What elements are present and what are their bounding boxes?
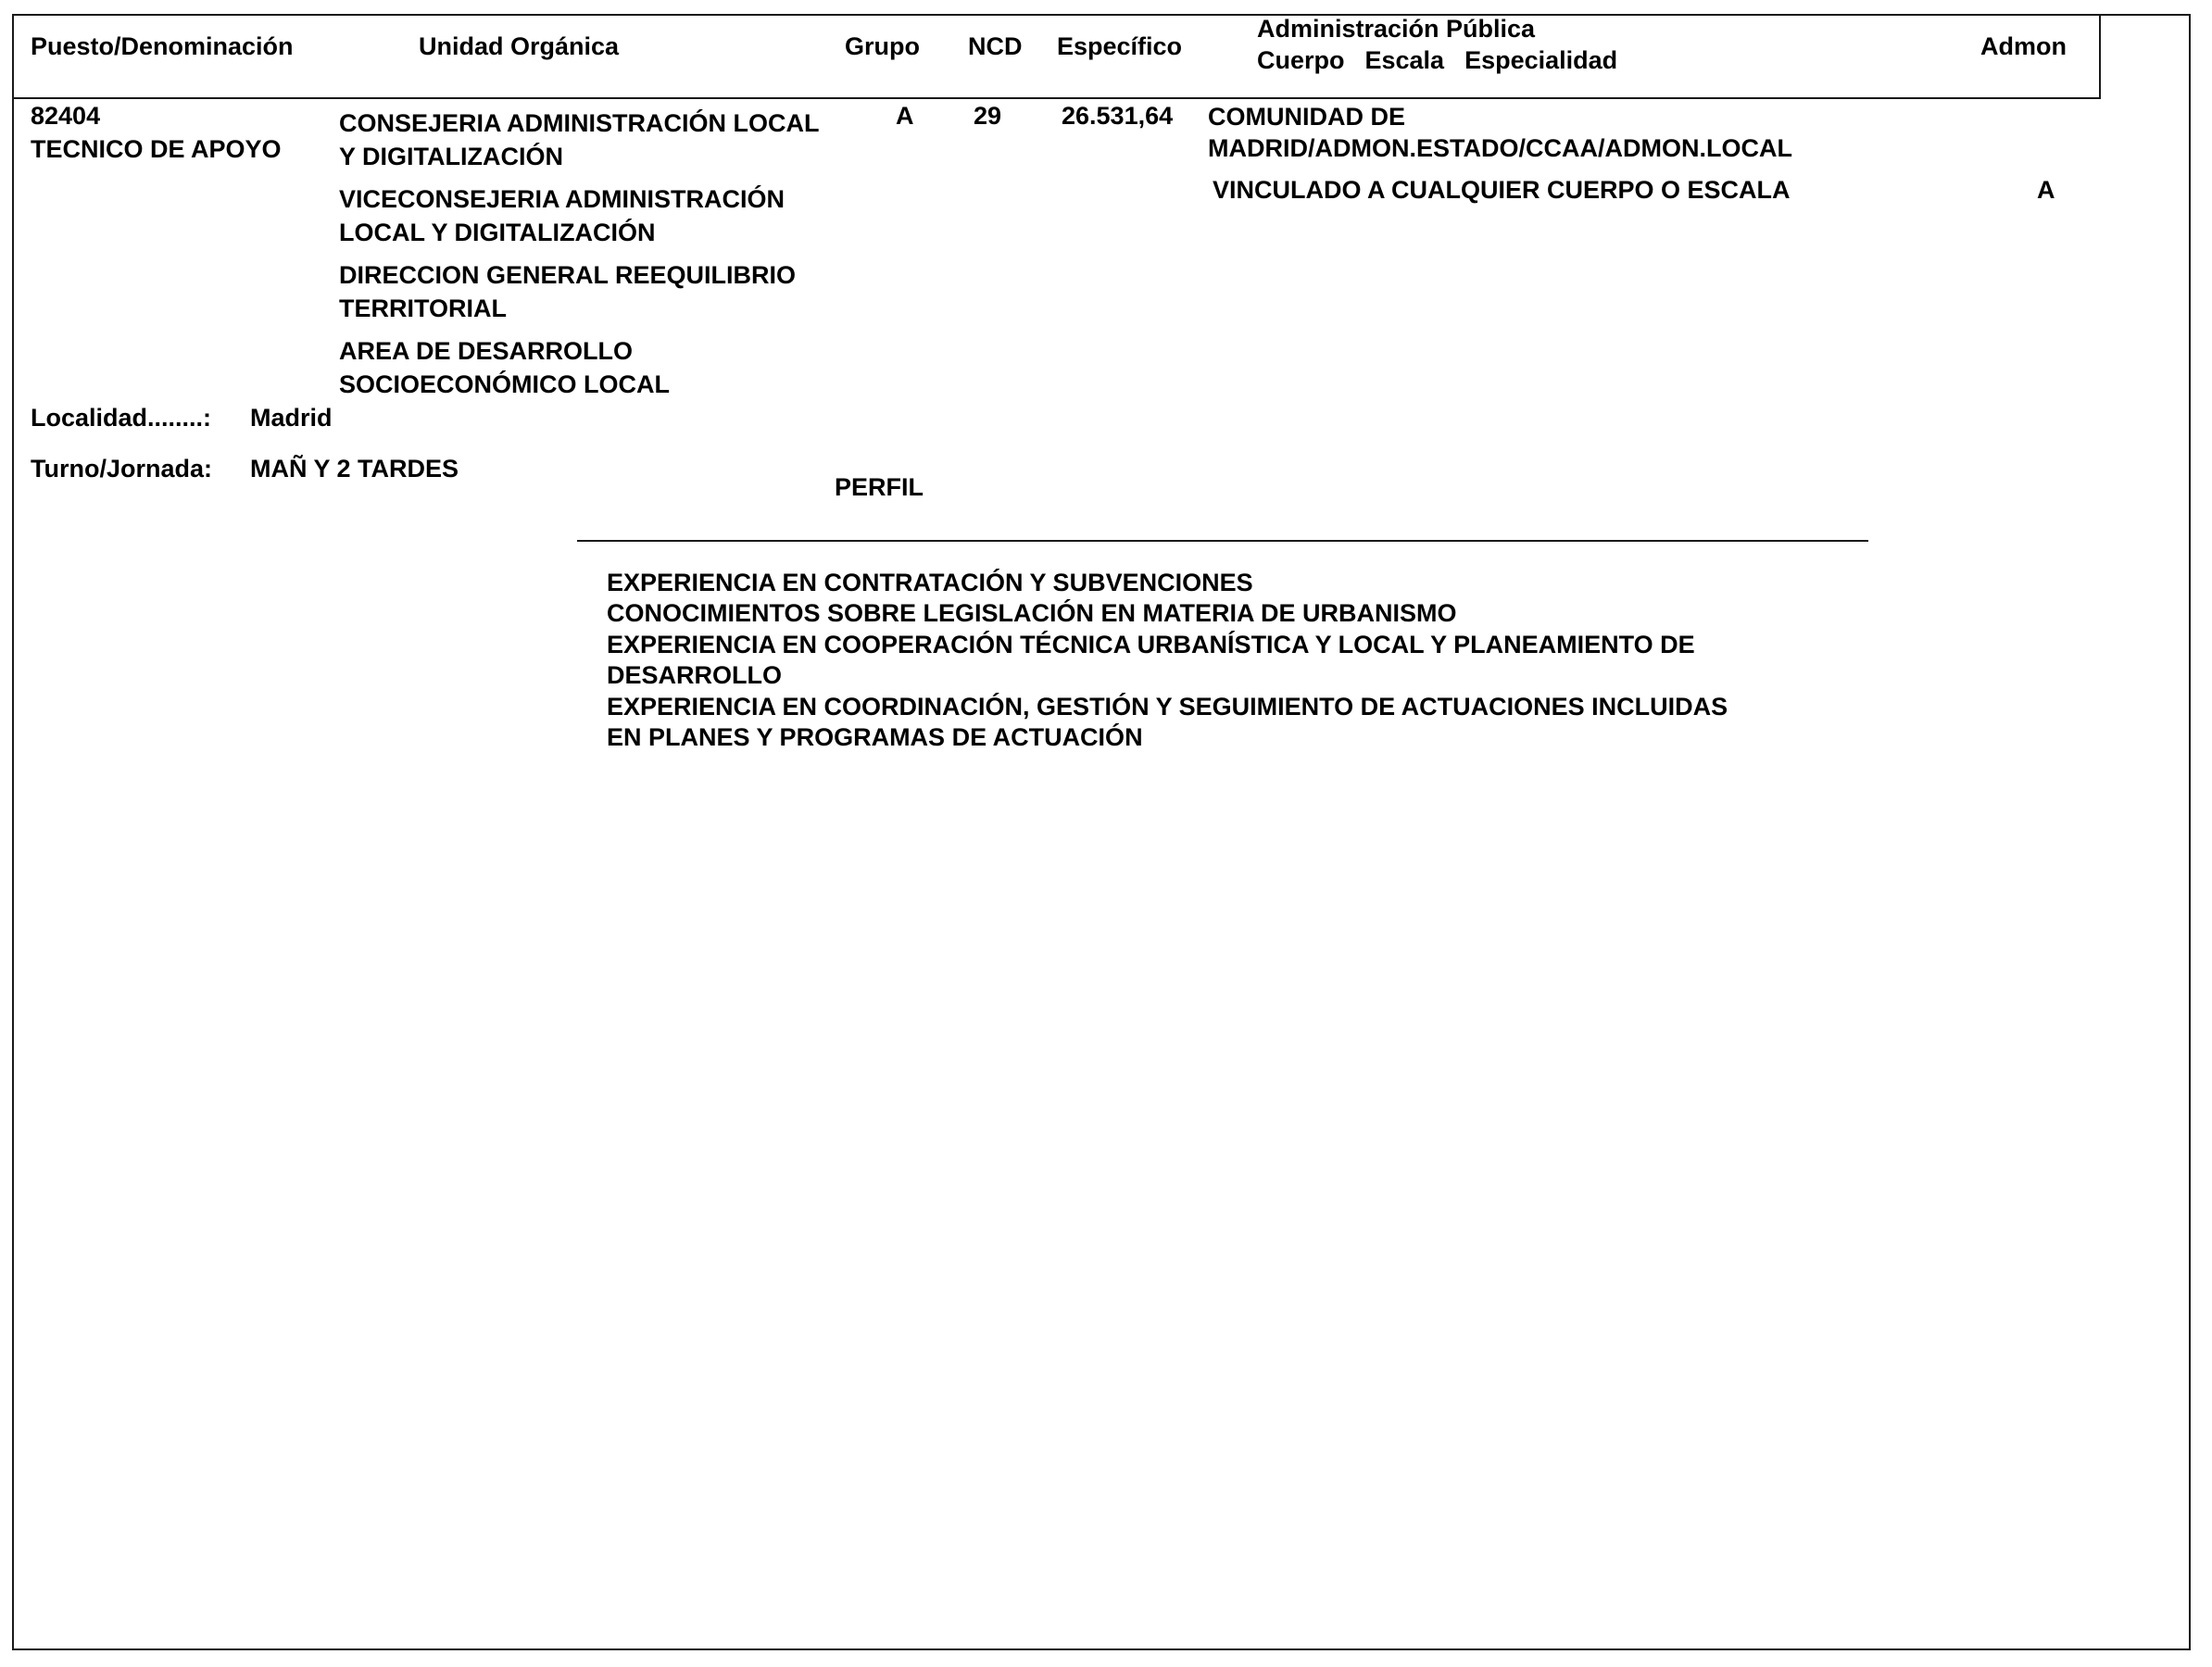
administracion-publica-value: COMUNIDAD DEMADRID/ADMON.ESTADO/CCAA/ADM… xyxy=(1208,101,1792,164)
column-header-administracion-publica: Administración Pública xyxy=(1257,17,1535,42)
unidad-organica-list: CONSEJERIA ADMINISTRACIÓN LOCALY DIGITAL… xyxy=(339,107,820,410)
perfil-requirements-list: EXPERIENCIA EN CONTRATACIÓN Y SUBVENCION… xyxy=(607,568,1728,753)
column-header-grupo: Grupo xyxy=(845,34,920,59)
perfil-requirement-line: DESARROLLO xyxy=(607,660,1728,691)
localidad-value: Madrid xyxy=(250,406,333,431)
localidad-label: Localidad........: xyxy=(31,406,211,431)
unidad-organica-line: DIRECCION GENERAL REEQUILIBRIO xyxy=(339,258,820,292)
puesto-grupo: A xyxy=(896,104,914,129)
column-header-admon: Admon xyxy=(1980,34,2067,59)
cuerpo-escala-value: VINCULADO A CUALQUIER CUERPO O ESCALA xyxy=(1213,178,1791,203)
unidad-organica-line: CONSEJERIA ADMINISTRACIÓN LOCAL xyxy=(339,107,820,140)
puesto-codigo: 82404 xyxy=(31,104,100,129)
unidad-organica-line: LOCAL Y DIGITALIZACIÓN xyxy=(339,216,820,249)
puesto-denominacion: TECNICO DE APOYO xyxy=(31,137,282,162)
puesto-especifico: 26.531,64 xyxy=(1062,104,1173,129)
perfil-requirement-line: EXPERIENCIA EN COOPERACIÓN TÉCNICA URBAN… xyxy=(607,630,1728,660)
unidad-organica-item: AREA DE DESARROLLOSOCIOECONÓMICO LOCAL xyxy=(339,334,820,401)
perfil-requirement-line: CONOCIMIENTOS SOBRE LEGISLACIÓN EN MATER… xyxy=(607,598,1728,629)
unidad-organica-line: TERRITORIAL xyxy=(339,292,820,325)
perfil-divider xyxy=(577,540,1868,542)
column-header-escala: Escala xyxy=(1365,46,1445,74)
unidad-organica-line: SOCIOECONÓMICO LOCAL xyxy=(339,368,820,401)
column-header-unidad-organica: Unidad Orgánica xyxy=(419,34,619,59)
turno-value: MAÑ Y 2 TARDES xyxy=(250,457,459,482)
perfil-title: PERFIL xyxy=(835,475,924,500)
column-subheaders: CuerpoEscalaEspecialidad xyxy=(1257,48,1638,73)
column-header-ncd: NCD xyxy=(968,34,1023,59)
turno-label: Turno/Jornada: xyxy=(31,457,212,482)
unidad-organica-line: Y DIGITALIZACIÓN xyxy=(339,140,820,173)
perfil-requirement-line: EN PLANES Y PROGRAMAS DE ACTUACIÓN xyxy=(607,722,1728,753)
puesto-ncd: 29 xyxy=(974,104,1001,129)
unidad-organica-line: AREA DE DESARROLLO xyxy=(339,334,820,368)
administracion-publica-line: MADRID/ADMON.ESTADO/CCAA/ADMON.LOCAL xyxy=(1208,132,1792,164)
unidad-organica-item: DIRECCION GENERAL REEQUILIBRIOTERRITORIA… xyxy=(339,258,820,325)
column-header-especialidad: Especialidad xyxy=(1464,46,1617,74)
column-header-especifico: Específico xyxy=(1057,34,1182,59)
unidad-organica-line: VICECONSEJERIA ADMINISTRACIÓN xyxy=(339,182,820,216)
column-header-cuerpo: Cuerpo xyxy=(1257,46,1345,74)
perfil-requirement-line: EXPERIENCIA EN CONTRATACIÓN Y SUBVENCION… xyxy=(607,568,1728,598)
perfil-requirement-line: EXPERIENCIA EN COORDINACIÓN, GESTIÓN Y S… xyxy=(607,692,1728,722)
column-header-puesto: Puesto/Denominación xyxy=(31,34,294,59)
unidad-organica-item: CONSEJERIA ADMINISTRACIÓN LOCALY DIGITAL… xyxy=(339,107,820,173)
administracion-publica-line: COMUNIDAD DE xyxy=(1208,101,1792,132)
admon-value: A xyxy=(2037,178,2055,203)
unidad-organica-item: VICECONSEJERIA ADMINISTRACIÓNLOCAL Y DIG… xyxy=(339,182,820,249)
